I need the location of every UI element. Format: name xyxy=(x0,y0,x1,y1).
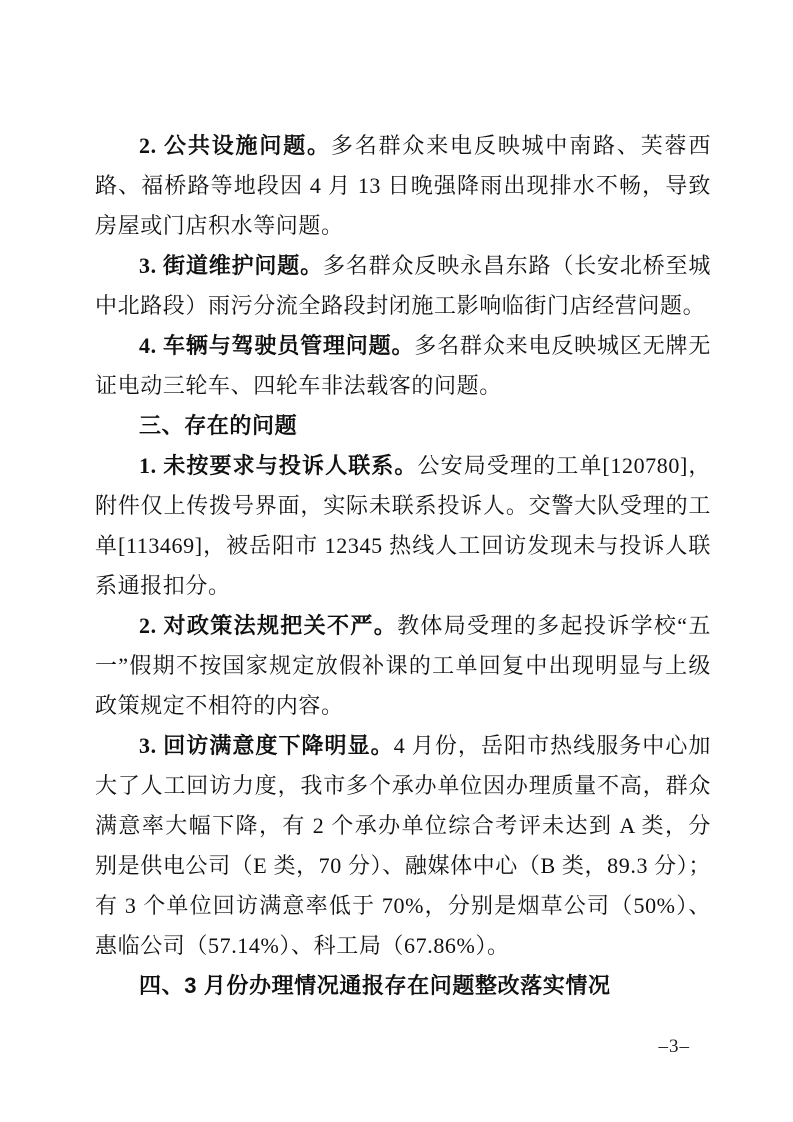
paragraph: 3. 回访满意度下降明显。4 月份，岳阳市热线服务中心加大了人工回访力度，我市多… xyxy=(95,726,711,966)
paragraph-lead: 1. 未按要求与投诉人联系。 xyxy=(139,453,418,478)
paragraph-body: 4 月份，岳阳市热线服务中心加大了人工回访力度，我市多个承办单位因办理质量不高，… xyxy=(95,733,711,958)
paragraph: 2. 公共设施问题。多名群众来电反映城中南路、芙蓉西路、福桥路等地段因 4 月 … xyxy=(95,126,711,246)
section-heading-4: 四、3 月份办理情况通报存在问题整改落实情况 xyxy=(95,966,711,1006)
paragraph: 3. 街道维护问题。多名群众反映永昌东路（长安北桥至城中北路段）雨污分流全路段封… xyxy=(95,246,711,326)
paragraph-lead: 4. 车辆与驾驶员管理问题。 xyxy=(139,333,414,358)
paragraph-lead: 3. 回访满意度下降明显。 xyxy=(139,733,394,758)
document-content: 2. 公共设施问题。多名群众来电反映城中南路、芙蓉西路、福桥路等地段因 4 月 … xyxy=(95,126,711,1006)
paragraph: 4. 车辆与驾驶员管理问题。多名群众来电反映城区无牌无证电动三轮车、四轮车非法载… xyxy=(95,326,711,406)
section-heading-3: 三、存在的问题 xyxy=(95,406,711,446)
paragraph-lead: 2. 公共设施问题。 xyxy=(139,133,331,158)
document-page: 2. 公共设施问题。多名群众来电反映城中南路、芙蓉西路、福桥路等地段因 4 月 … xyxy=(0,0,793,1122)
page-number: –3– xyxy=(659,1036,691,1058)
paragraph: 2. 对政策法规把关不严。教体局受理的多起投诉学校“五一”假期不按国家规定放假补… xyxy=(95,606,711,726)
paragraph-lead: 3. 街道维护问题。 xyxy=(139,253,323,278)
paragraph-lead: 2. 对政策法规把关不严。 xyxy=(139,613,397,638)
paragraph: 1. 未按要求与投诉人联系。公安局受理的工单[120780]，附件仅上传拨号界面… xyxy=(95,446,711,606)
